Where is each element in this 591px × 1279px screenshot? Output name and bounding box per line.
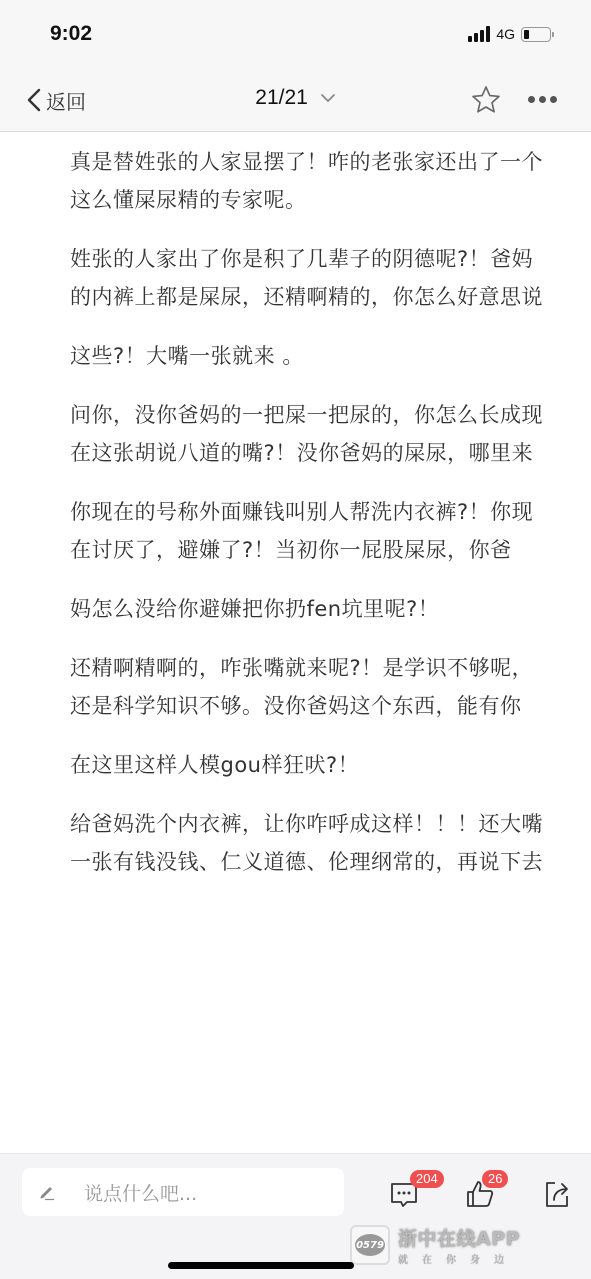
signal-icon [468, 26, 490, 42]
watermark-title: 浙中在线APP [398, 1224, 520, 1251]
paragraph: 问你，没你爸妈的一把屎一把尿的，你怎么长成现在这张胡说八道的嘴?！没你爸妈的屎尿… [70, 396, 551, 472]
network-type: 4G [496, 26, 515, 42]
watermark-logo: 0579 [350, 1225, 390, 1265]
paragraph: 还精啊精啊的，咋张嘴就来呢?！是学识不够呢，还是科学知识不够。没你爸妈这个东西，… [70, 649, 551, 725]
nav-bar: 返回 21/21 [0, 70, 591, 132]
more-icon-dot [539, 96, 546, 103]
page-selector[interactable]: 21/21 [0, 86, 591, 110]
paragraph: 姓张的人家出了你是积了几辈子的阴德呢?！爸妈的内裤上都是屎尿，还精啊精的，你怎么… [70, 240, 551, 316]
more-icon-dot [528, 96, 535, 103]
paragraph: 这些?！大嘴一张就来 。 [70, 337, 551, 375]
pencil-icon [38, 1183, 56, 1201]
watermark-subtitle: 就在你身边 [398, 1251, 520, 1266]
comment-placeholder: 说点什么吧... [84, 1179, 197, 1206]
paragraph: 妈怎么没给你避嫌把你扔fen坑里呢?！ [70, 590, 551, 628]
share-icon [541, 1178, 573, 1210]
more-button[interactable] [528, 96, 557, 103]
paragraph: 你现在的号称外面赚钱叫别人帮洗内衣裤?！你现在讨厌了，避嫌了?！当初你一屁股屎尿… [70, 493, 551, 569]
bottom-bar: 说点什么吧... 204 26 0579 浙中在线APP 就在你身边 [0, 1153, 591, 1279]
status-indicators: 4G [468, 26, 551, 42]
paragraph: 在这里这样人模gou样狂吠?！ [70, 746, 551, 784]
battery-icon [521, 27, 551, 42]
status-bar: 9:02 4G [0, 0, 591, 70]
comment-input[interactable]: 说点什么吧... [22, 1168, 344, 1216]
watermark: 0579 浙中在线APP 就在你身边 [350, 1224, 520, 1266]
like-button[interactable]: 26 [464, 1178, 496, 1210]
article-content: 真是替姓张的人家显摆了！咋的老张家还出了一个这么懂屎尿精的专家呢。 姓张的人家出… [0, 133, 591, 1153]
more-icon-dot [550, 96, 557, 103]
comment-count-badge: 204 [410, 1170, 444, 1188]
like-count-badge: 26 [482, 1170, 508, 1188]
paragraph: 真是替姓张的人家显摆了！咋的老张家还出了一个这么懂屎尿精的专家呢。 [70, 143, 551, 219]
comment-button[interactable]: 204 [388, 1178, 420, 1210]
share-button[interactable] [541, 1178, 573, 1210]
home-indicator[interactable] [168, 1262, 354, 1269]
page-indicator-label: 21/21 [255, 86, 308, 109]
chevron-down-icon [320, 93, 336, 103]
paragraph: 给爸妈洗个内衣裤，让你咋呼成这样！！！还大嘴一张有钱没钱、仁义道德、伦理纲常的，… [70, 805, 551, 881]
star-icon[interactable] [470, 84, 502, 116]
status-time: 9:02 [50, 22, 92, 46]
